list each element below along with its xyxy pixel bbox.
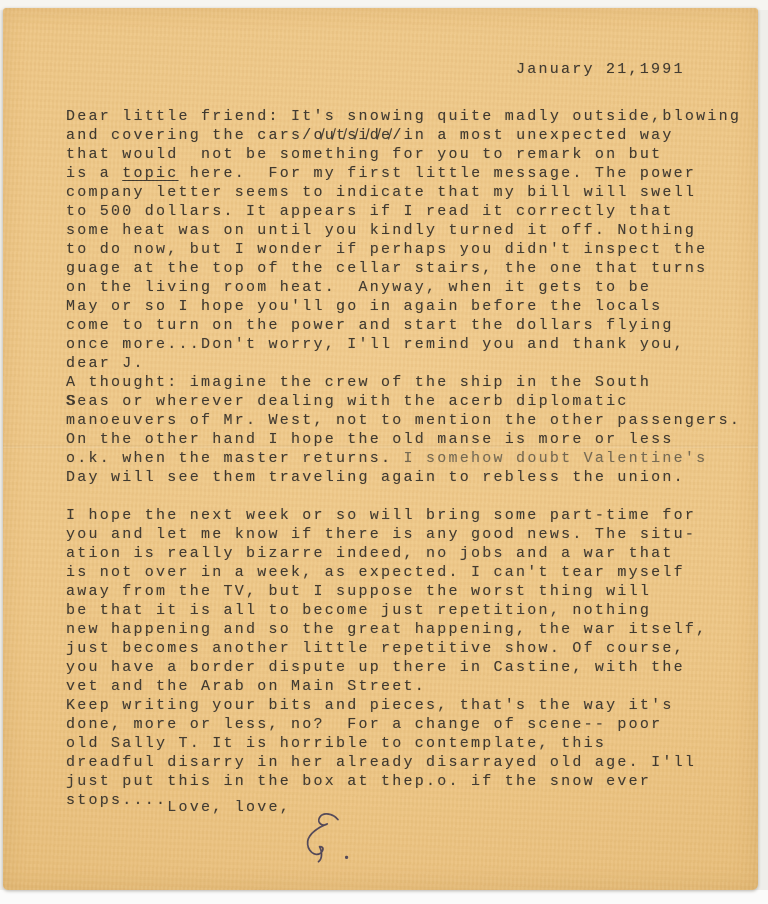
- letter-text: to 500 dollars. It appears if I read it …: [66, 203, 674, 220]
- letter-text: come to turn on the power and start the …: [66, 317, 674, 334]
- letter-text: you have a border dispute up there in Ca…: [66, 659, 685, 676]
- letter-date: January 21,1991: [66, 60, 758, 79]
- letter-line: Keep writing your bits and pieces, that'…: [66, 696, 758, 715]
- letter-line: away from the TV, but I suppose the wors…: [66, 582, 758, 601]
- letter-line: to do now, but I wonder if perhaps you d…: [66, 240, 758, 259]
- letter-line: once more...Don't worry, I'll remind you…: [66, 335, 758, 354]
- letter-text: once more...Don't worry, I'll remind you…: [66, 336, 685, 353]
- letter-line: you and let me know if there is any good…: [66, 525, 758, 544]
- letter-text: Day will see them traveling again to reb…: [66, 469, 685, 486]
- letter-text: done, more or less, no? For a change of …: [66, 716, 662, 733]
- letter-line: just put this in the box at thep.o. if t…: [66, 772, 758, 791]
- letter-text: be that it is all to become just repetit…: [66, 602, 651, 619]
- letter-line: Day will see them traveling again to reb…: [66, 468, 758, 487]
- letter-text: I hope the next week or so will bring so…: [66, 507, 696, 524]
- letter-text: vet and the Arab on Main Street.: [66, 678, 426, 695]
- letter-text: is not over in a week, as expected. I ca…: [66, 564, 685, 581]
- letter-text: to do now, but I wonder if perhaps you d…: [66, 241, 707, 258]
- letter-line: I hope the next week or so will bring so…: [66, 506, 758, 525]
- letter-text: and covering the cars/: [66, 127, 314, 144]
- letter-text: stops....: [66, 792, 167, 809]
- letter-line: A thought: imagine the crew of the ship …: [66, 373, 758, 392]
- letter-line: dreadful disarry in her already disarray…: [66, 753, 758, 772]
- letter-line: to 500 dollars. It appears if I read it …: [66, 202, 758, 221]
- letter-content: January 21,1991 Dear little friend: It's…: [3, 8, 758, 810]
- letter-line: vet and the Arab on Main Street.: [66, 677, 758, 696]
- letter-text: May or so I hope you'll go in again befo…: [66, 298, 662, 315]
- letter-text: you and let me know if there is any good…: [66, 526, 696, 543]
- letter-text: here. For my first little message. The p…: [179, 165, 697, 182]
- letter-line: just becomes another little repetitive s…: [66, 639, 758, 658]
- letter-text: company letter seems to indicate that my…: [66, 184, 696, 201]
- letter-text: away from the TV, but I suppose the wors…: [66, 583, 651, 600]
- letter-text-overstruck: S: [66, 393, 77, 410]
- letter-line: On the other hand I hope the old manse i…: [66, 430, 758, 449]
- signature-period: [345, 856, 348, 859]
- letter-line: on the living room heat. Anyway, when it…: [66, 278, 758, 297]
- signature-stroke: [308, 814, 338, 862]
- letter-text: Keep writing your bits and pieces, that'…: [66, 697, 674, 714]
- letter-text: on the living room heat. Anyway, when it…: [66, 279, 651, 296]
- letter-text: that would not be something for you to r…: [66, 146, 662, 163]
- letter-body: Dear little friend: It's snowing quite m…: [66, 107, 758, 810]
- scan-background: January 21,1991 Dear little friend: It's…: [0, 0, 768, 904]
- letter-text: /in a most unexpected way: [392, 127, 673, 144]
- letter-line: company letter seems to indicate that my…: [66, 183, 758, 202]
- letter-text-faded: I somehow doubt Valentine's: [404, 450, 708, 467]
- letter-line: some heat was on until you kindly turned…: [66, 221, 758, 240]
- letter-text: A thought: imagine the crew of the ship …: [66, 374, 651, 391]
- letter-line: and covering the cars/o̸u̸t̸s̸i̸d̸e̸/in …: [66, 126, 758, 145]
- letter-line: Seas or wherever dealing with the acerb …: [66, 392, 758, 411]
- letter-line: Dear little friend: It's snowing quite m…: [66, 107, 758, 126]
- letter-line: is not over in a week, as expected. I ca…: [66, 563, 758, 582]
- letter-text: some heat was on until you kindly turned…: [66, 222, 696, 239]
- letter-line: be that it is all to become just repetit…: [66, 601, 758, 620]
- letter-line: manoeuvers of Mr. West, not to mention t…: [66, 411, 758, 430]
- letter-text: eas or wherever dealing with the acerb d…: [77, 393, 628, 410]
- letter-text: dear J.: [66, 355, 145, 372]
- letter-text: o.k. when the master returns.: [66, 450, 404, 467]
- letter-line: o.k. when the master returns. I somehow …: [66, 449, 758, 468]
- letter-line: ation is really bizarre indeed, no jobs …: [66, 544, 758, 563]
- blank-line: [66, 487, 758, 506]
- letter-text: is a: [66, 165, 122, 182]
- letter-text: ation is really bizarre indeed, no jobs …: [66, 545, 674, 562]
- letter-text-lowered: Love, love,: [167, 799, 291, 816]
- signature-e-icon: [299, 812, 351, 866]
- letter-text: Dear little friend: It's snowing quite m…: [66, 108, 741, 125]
- letter-text: dreadful disarry in her already disarray…: [66, 754, 696, 771]
- letter-text: On the other hand I hope the old manse i…: [66, 431, 674, 448]
- letter-line: guage at the top of the cellar stairs, t…: [66, 259, 758, 278]
- letter-line: new happening and so the great happening…: [66, 620, 758, 639]
- signature: [299, 812, 351, 866]
- letter-text-strike: o̸u̸t̸s̸i̸d̸e̸: [314, 127, 393, 144]
- letter-text: just put this in the box at thep.o. if t…: [66, 773, 651, 790]
- letter-text: guage at the top of the cellar stairs, t…: [66, 260, 707, 277]
- letter-line: is a topic here. For my first little mes…: [66, 164, 758, 183]
- letter-line: stops....Love, love,: [66, 791, 758, 810]
- letter-text: old Sally T. It is horrible to contempla…: [66, 735, 606, 752]
- letter-paper: January 21,1991 Dear little friend: It's…: [3, 8, 758, 890]
- letter-text: new happening and so the great happening…: [66, 621, 707, 638]
- letter-text: manoeuvers of Mr. West, not to mention t…: [66, 412, 741, 429]
- letter-line: old Sally T. It is horrible to contempla…: [66, 734, 758, 753]
- letter-line: that would not be something for you to r…: [66, 145, 758, 164]
- letter-line: May or so I hope you'll go in again befo…: [66, 297, 758, 316]
- letter-text: just becomes another little repetitive s…: [66, 640, 685, 657]
- letter-line: you have a border dispute up there in Ca…: [66, 658, 758, 677]
- letter-line: come to turn on the power and start the …: [66, 316, 758, 335]
- letter-text-underline: topic: [122, 165, 178, 182]
- letter-line: done, more or less, no? For a change of …: [66, 715, 758, 734]
- letter-line: dear J.: [66, 354, 758, 373]
